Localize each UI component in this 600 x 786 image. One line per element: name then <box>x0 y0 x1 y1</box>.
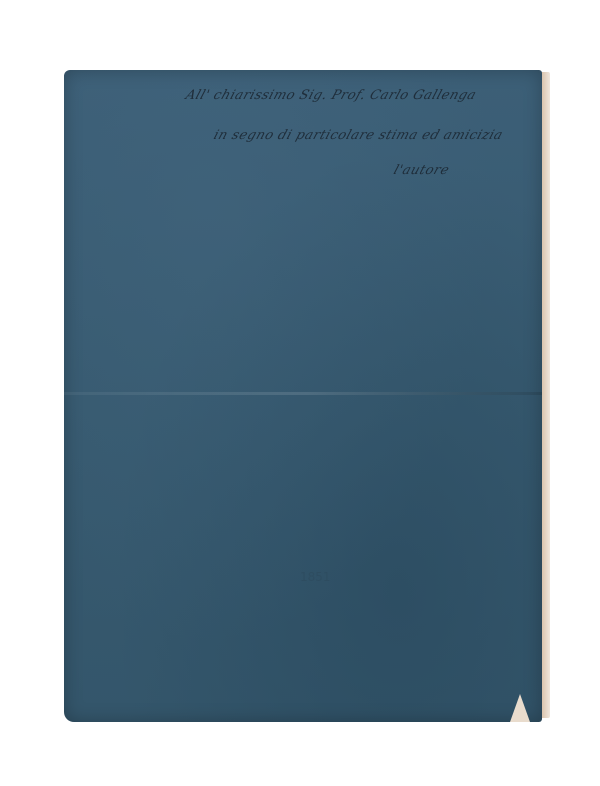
pamphlet-cover: All' chiarissimo Sig. Prof. Carlo Gallen… <box>64 70 542 722</box>
horizontal-fold-crease <box>64 392 542 395</box>
corner-tear <box>510 694 530 722</box>
inscription-line-1: All' chiarissimo Sig. Prof. Carlo Gallen… <box>184 88 479 103</box>
inscription-line-2: in segno di particolare stima ed amicizi… <box>212 128 505 143</box>
pencil-note: 1851 <box>300 570 331 584</box>
inscription-line-3: l'autore <box>392 163 452 178</box>
